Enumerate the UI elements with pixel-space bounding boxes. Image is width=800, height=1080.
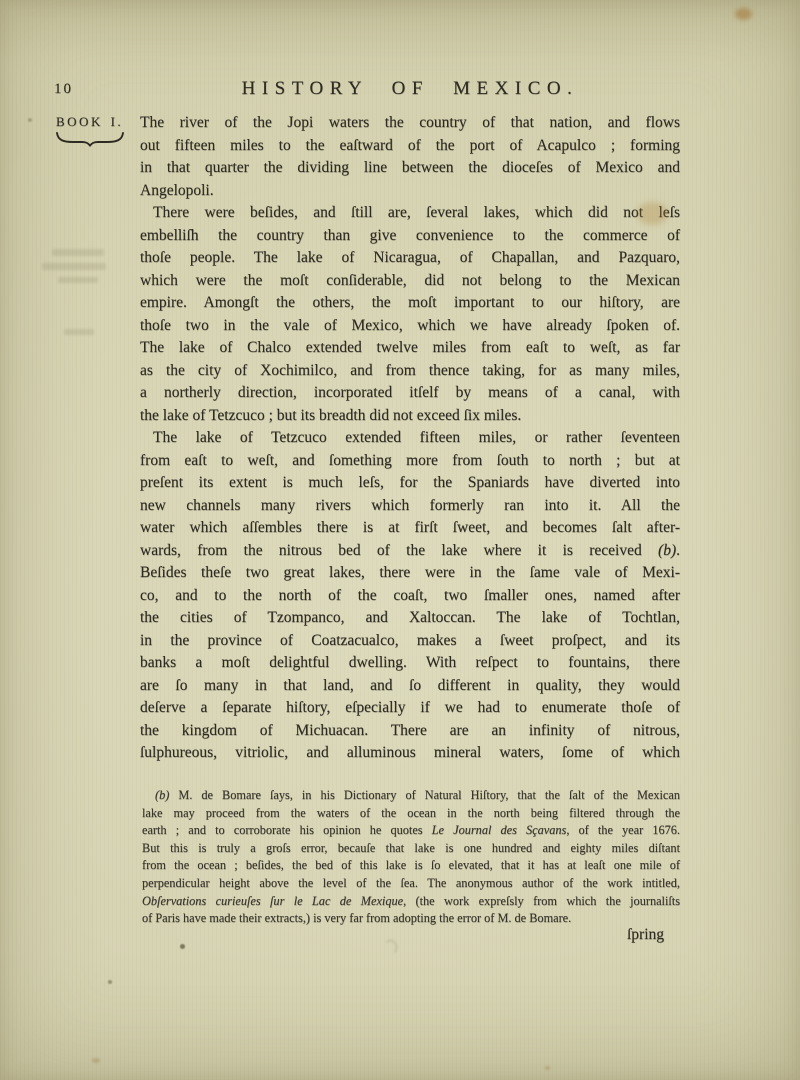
text-segment: embelliſh the country than give convenie…	[140, 227, 680, 244]
text-segment: new channels many rivers which formerly …	[140, 497, 680, 514]
text-segment: thoſe people. The lake of Nicaragua, of …	[140, 249, 680, 266]
text-segment: out fifteen miles to the eaſtward of the…	[140, 137, 680, 154]
italic-text-segment: (b)	[155, 788, 169, 802]
text-line: earth ; and to corroborate his opinion h…	[142, 822, 680, 840]
text-segment: in the province of Coatzacualco, makes a…	[140, 632, 680, 649]
text-segment: Angelopoli.	[140, 182, 214, 199]
text-segment: the lake of Tetzcuco ; but its breadth d…	[140, 407, 521, 424]
text-line: The river of the Jopi waters the country…	[140, 112, 680, 135]
text-segment: water which aſſembles there is at firſt …	[140, 519, 680, 536]
ghost-mark	[384, 940, 397, 955]
text-segment: But this is truly a groſs error, becauſe…	[142, 841, 680, 855]
text-line: banks a moſt delightful dwelling. With r…	[140, 652, 680, 675]
underbrace-decoration	[55, 131, 125, 147]
text-segment: M. de Bomare ſays, in his Dictionary of …	[169, 788, 680, 802]
text-line: preſent its extent is much leſs, for the…	[140, 472, 680, 495]
text-line: co, and to the north of the coaſt, two ſ…	[140, 585, 680, 608]
text-line: ſulphureous, vitriolic, and alluminous m…	[140, 742, 680, 765]
text-segment: wards, from the nitrous bed of the lake …	[140, 542, 658, 559]
text-segment: in that quarter the dividing line betwee…	[140, 159, 680, 176]
text-segment: of Paris have made their extracts,) is v…	[142, 911, 571, 925]
text-line: new channels many rivers which formerly …	[140, 495, 680, 518]
text-line: deſerve a ſeparate hiſtory, eſpecially i…	[140, 697, 680, 720]
page-number: 10	[54, 81, 73, 98]
text-line: the cities of Tzompanco, and Xaltoccan. …	[140, 607, 680, 630]
foxing-stain	[637, 202, 668, 225]
text-line: The lake of Chalco extended twelve miles…	[140, 337, 680, 360]
foxing-spot	[92, 1058, 100, 1063]
bleed-through-marks	[30, 242, 112, 350]
text-line: Beſides theſe two great lakes, there wer…	[140, 562, 680, 585]
catchword: ſpring	[627, 926, 664, 944]
text-line: water which aſſembles there is at firſt …	[140, 517, 680, 540]
foxing-spot	[545, 1066, 550, 1070]
text-line: Obſervations curieuſes ſur le Lac de Mex…	[142, 893, 680, 911]
text-line: the lake of Tetzcuco ; but its breadth d…	[140, 405, 680, 428]
text-segment: from the ocean ; beſides, the bed of thi…	[142, 858, 680, 872]
text-segment: the kingdom of Michuacan. There are an i…	[140, 722, 680, 739]
text-line: (b) M. de Bomare ſays, in his Dictionary…	[142, 787, 680, 805]
text-segment: as the city of Xochimilco, and from then…	[140, 362, 680, 379]
text-segment: The lake of Chalco extended twelve miles…	[140, 339, 680, 356]
text-segment: deſerve a ſeparate hiſtory, eſpecially i…	[140, 699, 680, 716]
text-line: in the province of Coatzacualco, makes a…	[140, 630, 680, 653]
text-line: in that quarter the dividing line betwee…	[140, 157, 680, 180]
text-line: thoſe two in the vale of Mexico, which w…	[140, 315, 680, 338]
text-segment: empire. Amongſt the others, the moſt imp…	[140, 294, 680, 311]
text-line: There were beſides, and ſtill are, ſever…	[140, 202, 680, 225]
text-segment: which were the moſt conſiderable, did no…	[140, 272, 680, 289]
paragraph: The river of the Jopi waters the country…	[140, 112, 680, 202]
text-line: Angelopoli.	[140, 180, 680, 203]
text-segment: The river of the Jopi waters the country…	[140, 114, 680, 131]
text-line: lake may proceed from the waters of the …	[142, 805, 680, 823]
footnote: (b) M. de Bomare ſays, in his Dictionary…	[142, 787, 680, 928]
text-segment: perpendicular height above the level of …	[142, 876, 680, 890]
text-line: The lake of Tetzcuco extended fifteen mi…	[140, 427, 680, 450]
text-segment: The lake of Tetzcuco extended fifteen mi…	[153, 429, 680, 446]
text-segment: There were beſides, and ſtill are, ſever…	[153, 204, 680, 221]
text-segment: the cities of Tzompanco, and Xaltoccan. …	[140, 609, 680, 626]
paragraph: The lake of Tetzcuco extended fifteen mi…	[140, 427, 680, 765]
text-line: the kingdom of Michuacan. There are an i…	[140, 720, 680, 743]
text-line: empire. Amongſt the others, the moſt imp…	[140, 292, 680, 315]
text-segment: from eaſt to weſt, and ſomething more fr…	[140, 452, 680, 469]
paragraph: There were beſides, and ſtill are, ſever…	[140, 202, 680, 427]
text-segment: .	[676, 542, 680, 559]
book-page-scan: 10 HISTORY OF MEXICO. BOOK I. The river …	[0, 0, 800, 1080]
text-line: But this is truly a groſs error, becauſe…	[142, 840, 680, 858]
italic-text-segment: (b)	[658, 542, 676, 559]
text-segment: are ſo many in that land, and ſo differe…	[140, 677, 680, 694]
text-line: thoſe people. The lake of Nicaragua, of …	[140, 247, 680, 270]
text-line: perpendicular height above the level of …	[142, 875, 680, 893]
text-line: a northerly direction, incorporated itſe…	[140, 382, 680, 405]
text-line: of Paris have made their extracts,) is v…	[142, 910, 680, 928]
text-segment: ſulphureous, vitriolic, and alluminous m…	[140, 744, 680, 761]
text-segment: earth ; and to corroborate his opinion h…	[142, 823, 432, 837]
text-segment: a northerly direction, incorporated itſe…	[140, 384, 680, 401]
text-line: which were the moſt conſiderable, did no…	[140, 270, 680, 293]
text-line: out fifteen miles to the eaſtward of the…	[140, 135, 680, 158]
running-title: HISTORY OF MEXICO.	[140, 78, 680, 100]
foxing-spot	[735, 8, 752, 20]
text-line: embelliſh the country than give convenie…	[140, 225, 680, 248]
text-line: wards, from the nitrous bed of the lake …	[140, 540, 680, 563]
text-segment: preſent its extent is much leſs, for the…	[140, 474, 680, 491]
text-segment: banks a moſt delightful dwelling. With r…	[140, 654, 680, 671]
text-line: are ſo many in that land, and ſo differe…	[140, 675, 680, 698]
text-segment: thoſe two in the vale of Mexico, which w…	[140, 317, 680, 334]
ink-speck	[180, 944, 185, 949]
italic-text-segment: Obſervations curieuſes ſur le Lac de Mex…	[142, 894, 403, 908]
text-segment: , of the year 1676.	[566, 823, 680, 837]
ink-speck	[108, 980, 112, 984]
book-label: BOOK I.	[56, 114, 123, 130]
text-segment: co, and to the north of the coaſt, two ſ…	[140, 587, 680, 604]
text-segment: lake may proceed from the waters of the …	[142, 806, 680, 820]
text-line: from eaſt to weſt, and ſomething more fr…	[140, 450, 680, 473]
text-line: as the city of Xochimilco, and from then…	[140, 360, 680, 383]
body-text: The river of the Jopi waters the country…	[140, 112, 680, 765]
text-segment: , (the work expreſsly from which the jou…	[403, 894, 680, 908]
text-line: from the ocean ; beſides, the bed of thi…	[142, 857, 680, 875]
text-segment: Beſides theſe two great lakes, there wer…	[140, 564, 680, 581]
italic-text-segment: Le Journal des Sçavans	[432, 823, 567, 837]
ink-speck	[28, 118, 32, 122]
